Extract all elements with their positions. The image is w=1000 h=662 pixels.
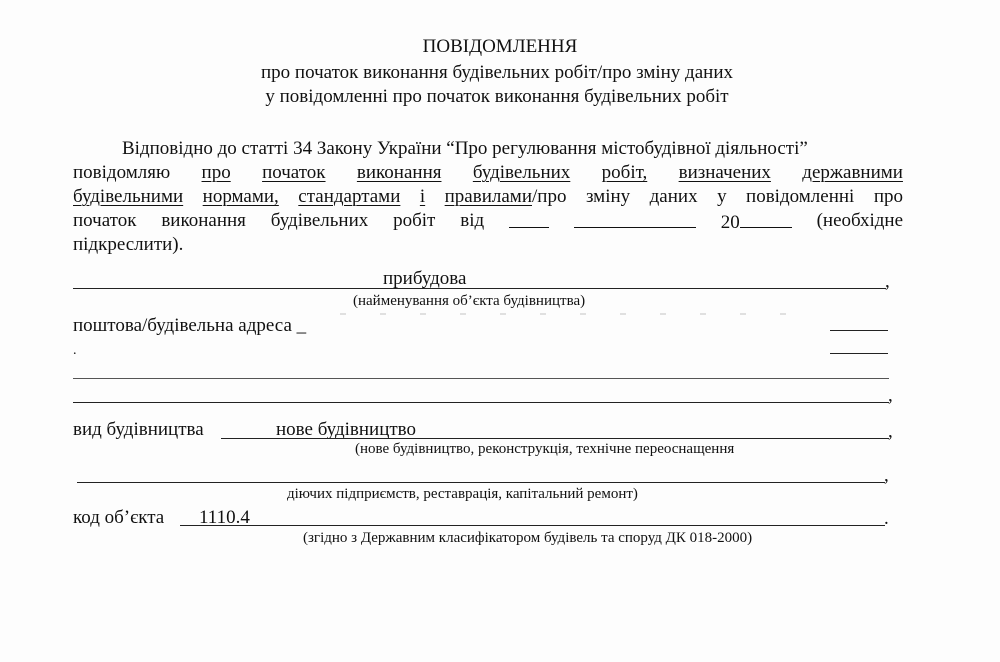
word: (необхідне	[817, 209, 903, 235]
intro-line5: підкреслити).	[73, 233, 183, 257]
underlined-word: нормами,	[203, 185, 279, 209]
word: будівельних	[271, 209, 368, 235]
intro-line2: повідомляю про початок виконання будівел…	[73, 161, 903, 185]
construction-type-caption-line1: (нове будівництво, реконструкція, техніч…	[355, 440, 734, 458]
underlined-word: стандартами	[298, 185, 400, 209]
object-code-period: .	[884, 508, 889, 530]
word: у	[717, 185, 727, 209]
object-name-comma: ,	[885, 271, 890, 293]
address-line4-comma: ,	[888, 385, 893, 407]
address-line3-underline[interactable]	[73, 378, 889, 379]
underlined-word: будівельних	[473, 161, 570, 185]
intro-line1: Відповідно до статті 34 Закону України “…	[122, 137, 808, 161]
date-day-field[interactable]	[509, 209, 549, 228]
object-name-caption: (найменування об’єкта будівництва)	[353, 292, 585, 310]
construction-type-underline	[221, 438, 889, 439]
intro-line4: початок виконання будівельних робіт від …	[73, 209, 903, 235]
intro-line3: будівельними нормами, стандартами і прав…	[73, 185, 903, 209]
object-code-label: код об’єкта	[73, 507, 164, 529]
address-line4-underline	[73, 402, 889, 403]
word: зміну	[586, 185, 630, 209]
underlined-word: і	[420, 185, 425, 209]
word: робіт	[393, 209, 435, 235]
underlined-word: робіт,	[602, 161, 648, 185]
construction-type-line2-underline	[77, 482, 885, 483]
word: початок	[73, 209, 136, 235]
object-name-value: прибудова	[383, 268, 466, 290]
underlined-word: про	[202, 161, 231, 185]
word: виконання	[161, 209, 246, 235]
underlined-word: початок	[262, 161, 325, 185]
address-line2-underline-tail	[830, 353, 888, 354]
object-code-caption: (згідно з Державним класифікатором будів…	[303, 529, 752, 547]
word: даних	[650, 185, 698, 209]
date-month-field[interactable]	[574, 209, 696, 228]
date-year-field[interactable]	[740, 209, 792, 228]
word: про	[874, 185, 903, 209]
construction-type-caption-line2: діючих підприємств, реставрація, капітал…	[287, 485, 638, 503]
construction-type-comma: ,	[888, 421, 893, 443]
underlined-word: визначених	[679, 161, 771, 185]
document-subtitle-line1: про початок виконання будівельних робіт/…	[0, 62, 997, 84]
object-code-underline	[180, 525, 885, 526]
document-subtitle-line2: у повідомленні про початок виконання буд…	[0, 86, 997, 108]
address-dot: .	[73, 340, 77, 362]
word: /про	[532, 186, 566, 207]
year-prefix: 20	[721, 212, 740, 233]
construction-type-label: вид будівництва	[73, 419, 204, 441]
underlined-word: будівельними	[73, 185, 183, 209]
underlined-word: виконання	[357, 161, 442, 185]
underlined-word: державними	[802, 161, 903, 185]
address-underline-tail	[830, 330, 888, 331]
construction-type-line2-comma: ,	[884, 465, 889, 487]
address-label: поштова/будівельна адреса _	[73, 315, 306, 337]
document-title: ПОВІДОМЛЕННЯ	[0, 36, 1000, 58]
word: повідомленні	[746, 185, 854, 209]
redacted-address	[340, 313, 800, 315]
notify-word: повідомляю	[73, 161, 170, 185]
word: від	[460, 209, 484, 235]
object-name-underline	[73, 288, 886, 289]
underlined-word: правилами	[445, 186, 532, 207]
